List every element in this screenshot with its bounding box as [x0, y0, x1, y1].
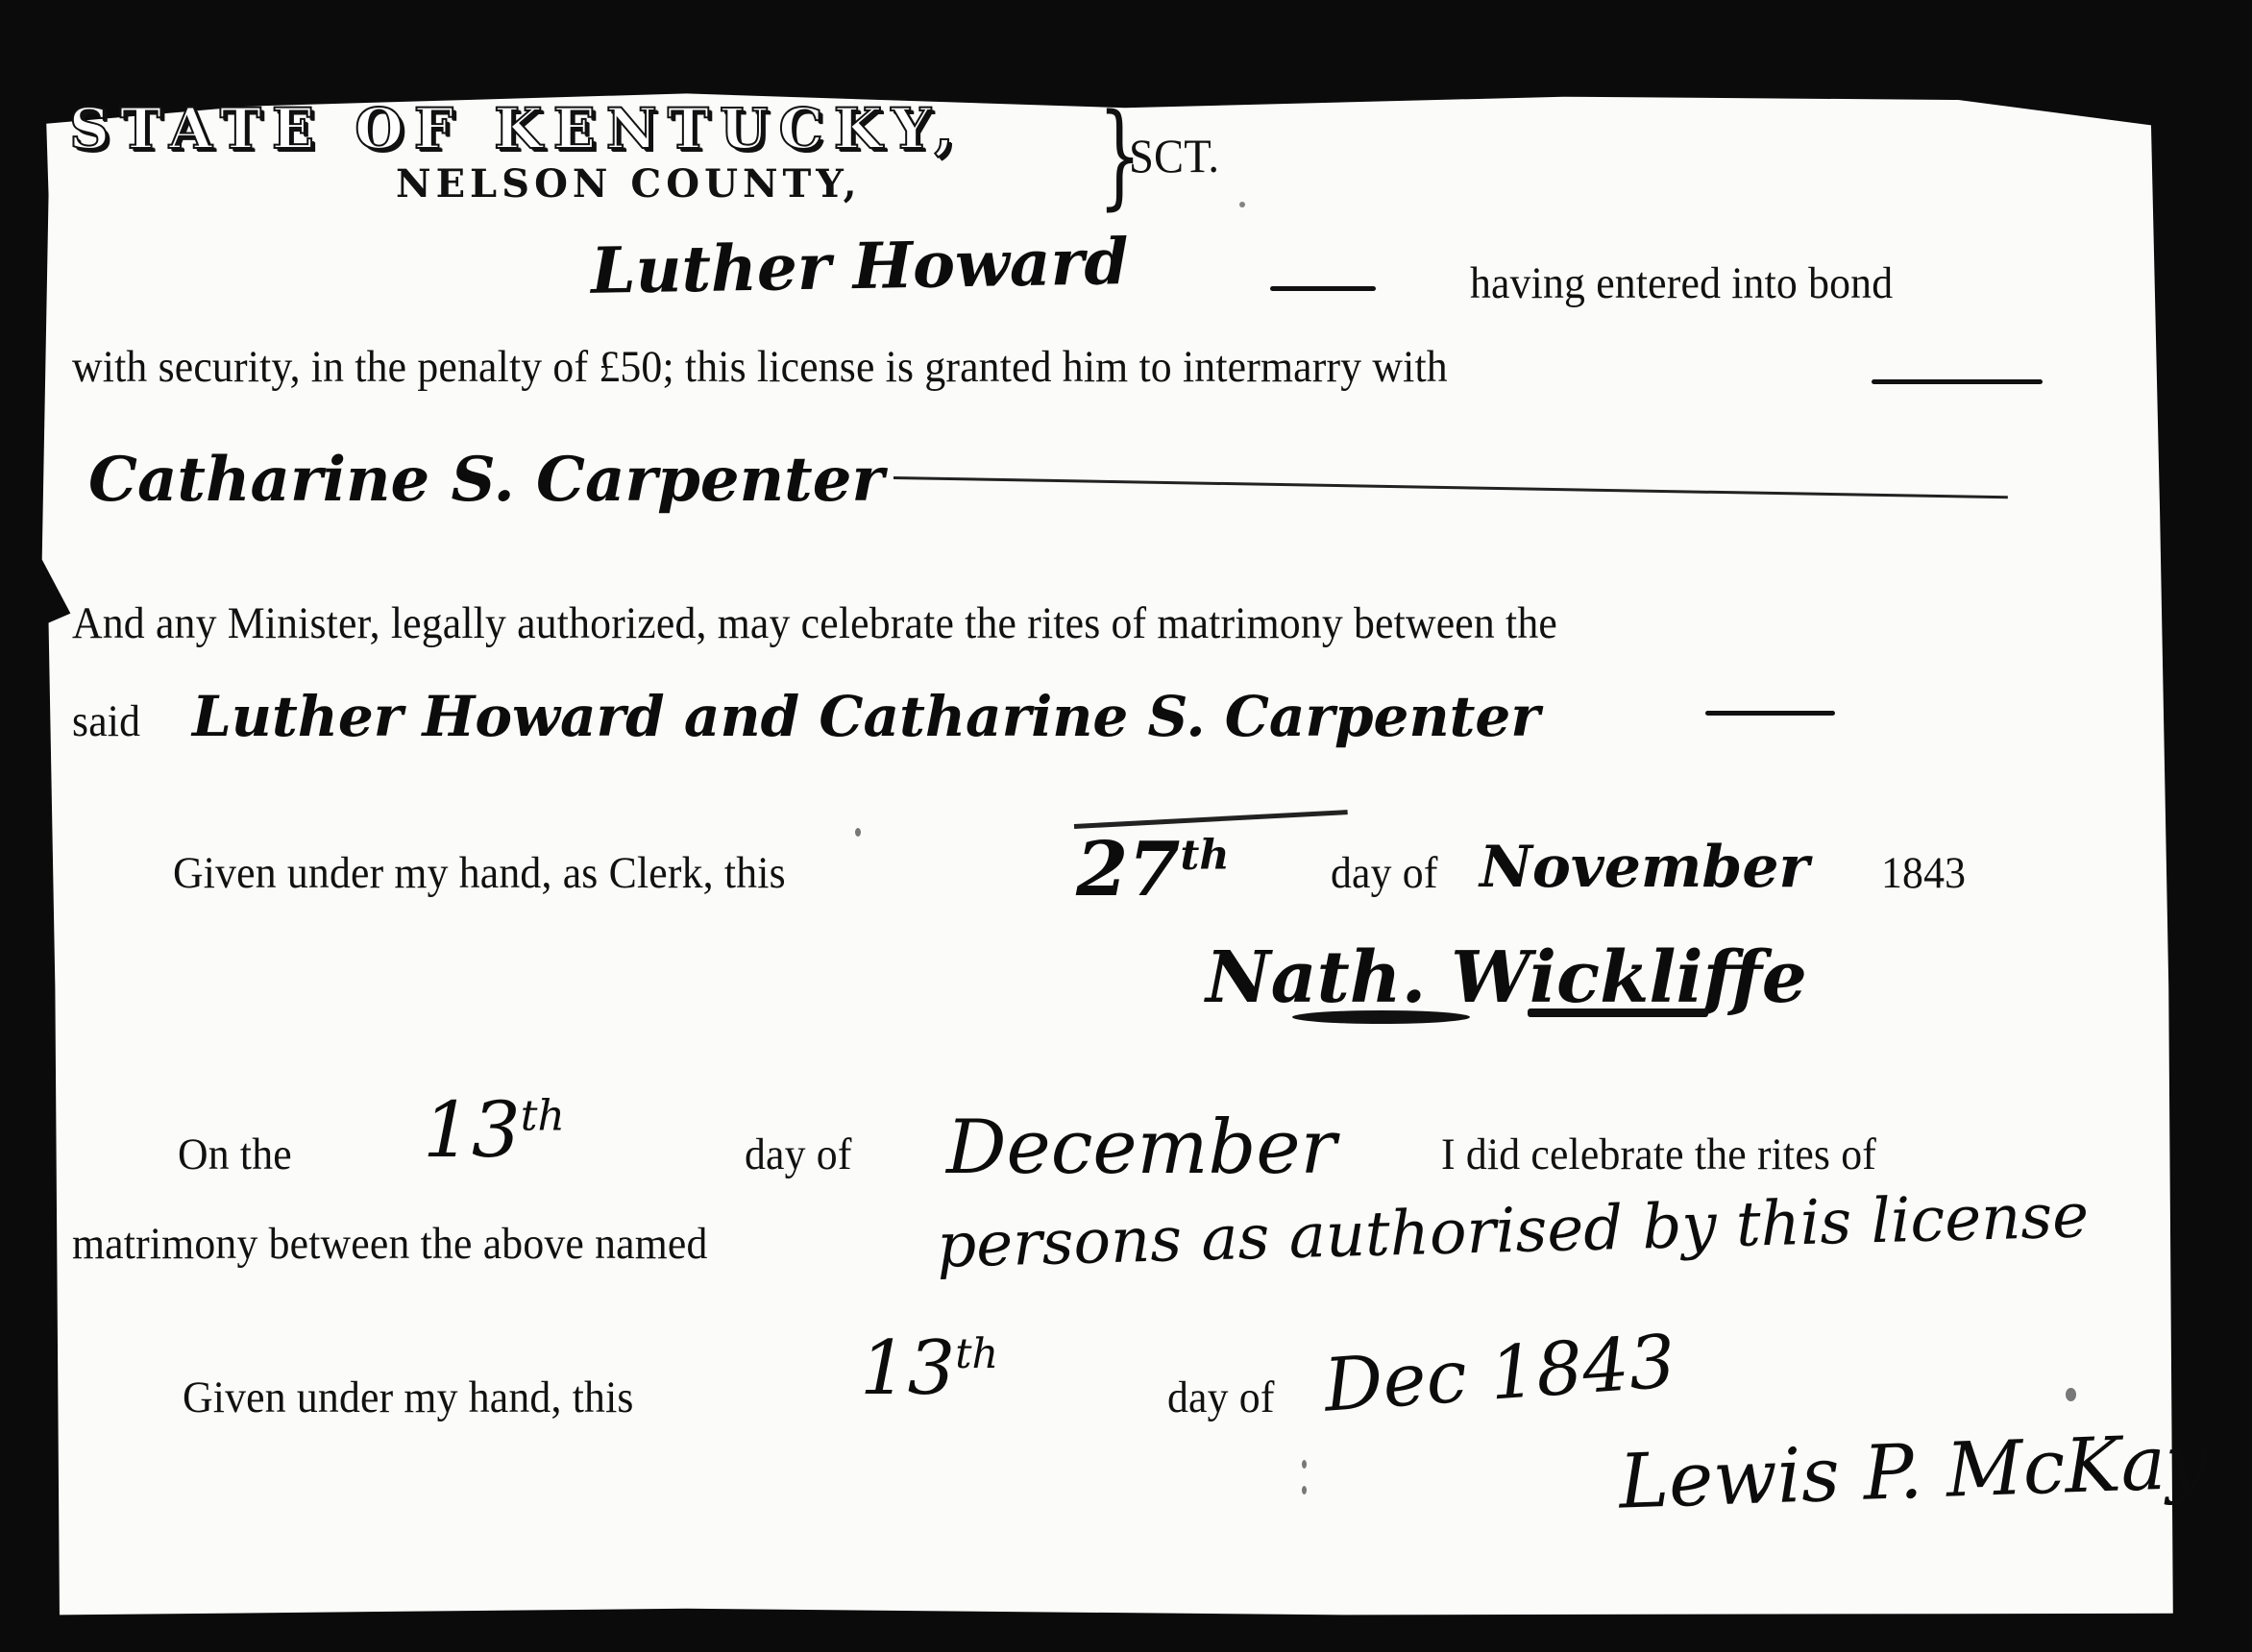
ink-speck [2066, 1388, 2076, 1401]
clerk-day-of-text: day of [1331, 847, 1438, 899]
ink-speck [1239, 202, 1245, 207]
bond-text: having entered into bond [1470, 257, 1893, 309]
minister-day-suffix: th [955, 1330, 998, 1378]
celebration-day-handwritten: 13th [423, 1085, 565, 1175]
with-dash [1872, 379, 2043, 384]
celebration-month-handwritten: December [946, 1105, 1336, 1191]
state-heading: STATE OF KENTUCKY, [69, 96, 965, 161]
clerk-day-handwritten: 27th [1076, 826, 1230, 913]
clerk-signature: Nath. Wickliffe [1206, 936, 1807, 1019]
minister-day-handwritten: 13th [860, 1325, 998, 1412]
sct-label: SCT. [1129, 128, 1219, 183]
signature-flourish-left [1292, 1010, 1470, 1024]
minister-day-of-text: day of [1167, 1372, 1275, 1423]
clerk-month-handwritten: November [1480, 834, 1809, 901]
clerk-year: 1843 [1881, 847, 1966, 899]
matrimony-named-text: matrimony between the above named [72, 1218, 708, 1270]
ink-speck [1302, 1486, 1307, 1494]
minister-authorized-text: And any Minister, legally authorized, ma… [72, 597, 1557, 649]
celebration-day-number: 13 [423, 1085, 521, 1175]
celebration-day-suffix: th [521, 1091, 565, 1140]
ink-speck [855, 828, 861, 837]
signature-flourish-right [1528, 1008, 1708, 1017]
couple-names-handwritten: Luther Howard and Catharine S. Carpenter [192, 684, 1540, 749]
county-heading: NELSON COUNTY, [396, 161, 862, 206]
bride-name-handwritten: Catharine S. Carpenter [88, 444, 884, 516]
celebration-day-of-text: day of [745, 1129, 852, 1180]
clerk-given-text: Given under my hand, as Clerk, this [173, 847, 786, 899]
couple-dash [1705, 711, 1835, 716]
groom-name-handwritten: Luther Howard [590, 224, 1129, 308]
minister-given-text: Given under my hand, this [183, 1372, 634, 1423]
clerk-day-suffix: th [1181, 832, 1230, 880]
on-the-text: On the [178, 1129, 292, 1180]
groom-dash [1270, 286, 1376, 291]
clerk-day-number: 27 [1076, 826, 1181, 913]
celebrate-rites-text: I did celebrate the rites of [1441, 1129, 1876, 1180]
penalty-text: with security, in the penalty of £50; th… [72, 341, 1448, 393]
minister-day-number: 13 [860, 1325, 955, 1412]
ink-speck [1302, 1460, 1307, 1469]
said-label: said [72, 695, 140, 747]
